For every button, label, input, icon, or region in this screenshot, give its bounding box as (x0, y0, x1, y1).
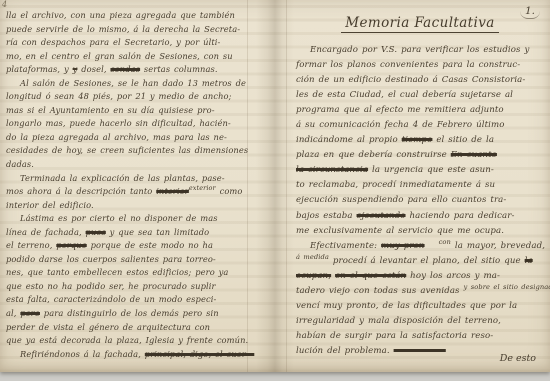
handwritten-text: línea de fachada, (6, 227, 86, 237)
manuscript-line: plataformas, y y dosel, sendas sertas co… (6, 63, 262, 77)
handwritten-text: longarlo mas, puede hacerlo sin dificult… (6, 118, 231, 128)
left-page-text: lla el archivo, con una pieza agregada q… (6, 9, 262, 361)
manuscript-line: programa que al efecto me remitiera adju… (296, 103, 544, 118)
manuscript-line: nes, que tanto embellecen estos edificio… (6, 266, 262, 280)
catchword: De esto (500, 353, 536, 364)
manuscript-line: á su comunicación fecha 4 de Febrero últ… (296, 118, 544, 133)
left-page: lla el archivo, con una pieza agregada q… (6, 0, 262, 361)
manuscript-page-spread: 4 1. lla el archivo, con una pieza agreg… (0, 0, 550, 372)
handwritten-text: nes, que tanto embellecen estos edificio… (6, 267, 228, 277)
struck-text: muy pron (381, 241, 425, 251)
manuscript-line: Terminada la explicación de las plantas,… (6, 172, 262, 186)
manuscript-line: irregularidad y mala disposición del ter… (296, 314, 544, 329)
right-page: Memoria Facultativa Encargado por V.S. p… (296, 0, 544, 359)
manuscript-line: línea de fachada, pues y que sea tan lim… (6, 226, 262, 240)
manuscript-line: puede servirle de lo mismo, á la derecha… (6, 23, 262, 37)
manuscript-line: plaza en que debería construirse En cuan… (296, 148, 544, 163)
manuscript-line: dadas. (6, 158, 262, 172)
handwritten-text: como (216, 186, 243, 196)
page-title: Memoria Facultativa (341, 15, 498, 33)
handwritten-text: do la pieza agregada al archivo, mas par… (6, 132, 227, 142)
handwritten-text: dosel, (77, 64, 110, 74)
inserted-text: exterior (189, 182, 216, 196)
handwritten-text: á su comunicación fecha 4 de Febrero últ… (296, 120, 505, 130)
manuscript-line: mos ahora á la descripción tanto interio… (6, 185, 262, 199)
handwritten-text: programa que al efecto me remitiera adju… (296, 105, 504, 115)
manuscript-line: que ya está decorada la plaza, Iglesia y… (6, 334, 262, 348)
handwritten-text: el sitio de la (432, 135, 494, 145)
handwritten-text: bajos estaba (296, 211, 357, 221)
manuscript-line: bajos estaba ejecutando haciendo para de… (296, 209, 544, 224)
handwritten-text: interior del edificio. (6, 200, 94, 210)
handwritten-text: me exclusivamente al servicio que me ocu… (296, 226, 504, 236)
manuscript-line: Refiriéndonos á la fachada, principal, d… (6, 348, 262, 362)
struck-text: en el que están (335, 271, 406, 281)
manuscript-line: me exclusivamente al servicio que me ocu… (296, 224, 544, 239)
handwritten-text: cesidades de hoy, se creen suficientes l… (6, 145, 248, 155)
handwritten-text: dadas. (6, 159, 34, 169)
manuscript-line: longitud ó sean 48 piés, por 21 y medio … (6, 90, 262, 104)
manuscript-line: to reclamaba, procedí inmediatamente á s… (296, 178, 544, 193)
struck-text: interior (156, 186, 189, 196)
handwritten-text: irregularidad y mala disposición del ter… (296, 316, 501, 326)
manuscript-line: perder de vista el género de arquitectur… (6, 321, 262, 335)
handwritten-text: mas si el Ayuntamiento en su día quisies… (6, 105, 215, 115)
manuscript-line: esta falta, caracterizándolo de un modo … (6, 293, 262, 307)
handwritten-text: Refiriéndonos á la fachada, (20, 349, 145, 359)
handwritten-text: la mayor, brevedad, (451, 241, 545, 251)
handwritten-text: formar los planos convenientes para la c… (296, 60, 520, 70)
manuscript-line: vencí muy pronto, de las dificultades qu… (296, 299, 544, 314)
handwritten-text: para distinguirlo de los demás pero sin (40, 308, 219, 318)
handwritten-text: y que sea tan limitado (106, 227, 209, 237)
handwritten-text: tadero viejo con todas sus avenidas (296, 286, 464, 296)
handwritten-text: haciendo para dedicar- (406, 211, 515, 221)
handwritten-text: porque de este modo no ha (87, 240, 213, 250)
manuscript-line: indicándome al propio tiempo el sitio de… (296, 133, 544, 148)
struck-text: pues (86, 227, 106, 237)
manuscript-line: al, pero para distinguirlo de los demás … (6, 307, 262, 321)
handwritten-text: sertas columnas. (140, 64, 218, 74)
manuscript-line: les de esta Ciudad, el cual debería suje… (296, 88, 544, 103)
handwritten-text: el terreno, (6, 240, 56, 250)
handwritten-text: to reclamaba, procedí inmediatamente á s… (296, 180, 495, 190)
handwritten-text: procedí á levantar el plano, del sitio q… (329, 256, 525, 266)
struck-text: ejecutando (357, 211, 406, 221)
handwritten-text: les de esta Ciudad, el cual debería suje… (296, 90, 513, 100)
handwritten-text: habían de surgir para la satisfactoria r… (296, 331, 493, 341)
struck-text: —————— (394, 346, 446, 356)
handwritten-text: Al salón de Sesiones, se le han dado 13 … (20, 78, 246, 88)
inserted-text: y sobre el sitio designado (464, 280, 550, 295)
handwritten-text: ría con despachos para el Secretario, y … (6, 37, 220, 47)
struck-text: tiempo (402, 135, 433, 145)
manuscript-line: mas si el Ayuntamiento en su día quisies… (6, 104, 262, 118)
manuscript-line: interior del edificio. (6, 199, 262, 213)
handwritten-text: esta falta, caracterizándolo de un modo … (6, 294, 216, 304)
manuscript-line: á medida procedí á levantar el plano, de… (296, 254, 544, 269)
inserted-text: con (425, 235, 451, 250)
manuscript-scan: 4 1. lla el archivo, con una pieza agreg… (0, 0, 550, 381)
manuscript-line: tadero viejo con todas sus avenidas y so… (296, 284, 544, 299)
manuscript-line: Encargado por V.S. para verificar los es… (296, 43, 544, 58)
manuscript-line: ción de un edificio destinado á Casas Co… (296, 73, 544, 88)
manuscript-line: ejecución suspendiendo para ello cuantos… (296, 193, 544, 208)
right-page-text: Encargado por V.S. para verificar los es… (296, 43, 544, 359)
handwritten-text: puede servirle de lo mismo, á la derecha… (6, 24, 240, 34)
manuscript-line: Al salón de Sesiones, se le han dado 13 … (6, 77, 262, 91)
handwritten-text: vencí muy pronto, de las dificultades qu… (296, 301, 517, 311)
struck-text: pero (20, 308, 40, 318)
struck-text: la circunstancia (296, 165, 368, 175)
handwritten-text: mo, en el centro el gran salón de Sesion… (6, 51, 233, 61)
manuscript-line: mo, en el centro el gran salón de Sesion… (6, 50, 262, 64)
manuscript-line: Lástima es por cierto el no disponer de … (6, 212, 262, 226)
manuscript-line: habían de surgir para la satisfactoria r… (296, 329, 544, 344)
manuscript-line: ría con despachos para el Secretario, y … (6, 36, 262, 50)
title-row: Memoria Facultativa (296, 15, 544, 33)
handwritten-text: lución del problema. (296, 346, 394, 356)
manuscript-line: Efectivamente: muy pron con la mayor, br… (296, 239, 544, 254)
handwritten-text: que esto no ha podido ser, he procurado … (6, 281, 216, 291)
manuscript-line: el terreno, porque porque de este modo n… (6, 239, 262, 253)
handwritten-text: ejecución suspendiendo para ello cuantos… (296, 195, 506, 205)
struck-text: En cuanto (451, 150, 497, 160)
handwritten-text: podido darse los cuerpos salientes para … (6, 254, 216, 264)
handwritten-text: plaza en que debería construirse (296, 150, 451, 160)
handwritten-text: mos ahora á la descripción tanto (6, 186, 156, 196)
struck-text: la (525, 256, 533, 266)
struck-text: ocupan, (296, 271, 331, 281)
handwritten-text: perder de vista el género de arquitectur… (6, 322, 210, 332)
struck-text: porque (56, 240, 86, 250)
manuscript-line: que esto no ha podido ser, he procurado … (6, 280, 262, 294)
handwritten-text: Terminada la explicación de las plantas,… (20, 173, 225, 183)
struck-text: sendas (110, 64, 140, 74)
paper-crease (286, 0, 287, 372)
handwritten-text: la urgencia que este asun- (368, 165, 494, 175)
manuscript-line: cesidades de hoy, se creen suficientes l… (6, 144, 262, 158)
handwritten-text: que ya está decorada la plaza, Iglesia y… (6, 335, 248, 345)
manuscript-line: podido darse los cuerpos salientes para … (6, 253, 262, 267)
handwritten-text: ción de un edificio destinado á Casas Co… (296, 75, 525, 85)
manuscript-line: lla el archivo, con una pieza agregada q… (6, 9, 262, 23)
manuscript-line: la circunstancia la urgencia que este as… (296, 163, 544, 178)
handwritten-text: longitud ó sean 48 piés, por 21 y medio … (6, 91, 232, 101)
manuscript-line: do la pieza agregada al archivo, mas par… (6, 131, 262, 145)
inserted-text: á medida (296, 250, 329, 265)
handwritten-text: plataformas, y (6, 64, 73, 74)
handwritten-text: Lástima es por cierto el no disponer de … (20, 213, 218, 223)
handwritten-text: lla el archivo, con una pieza agregada q… (6, 10, 235, 20)
manuscript-line: formar los planos convenientes para la c… (296, 58, 544, 73)
struck-text: principal, digo, el cuer— (145, 349, 254, 359)
handwritten-text: indicándome al propio (296, 135, 402, 145)
handwritten-text: Encargado por V.S. para verificar los es… (310, 45, 529, 55)
manuscript-line: longarlo mas, puede hacerlo sin dificult… (6, 117, 262, 131)
handwritten-text: al, (6, 308, 20, 318)
